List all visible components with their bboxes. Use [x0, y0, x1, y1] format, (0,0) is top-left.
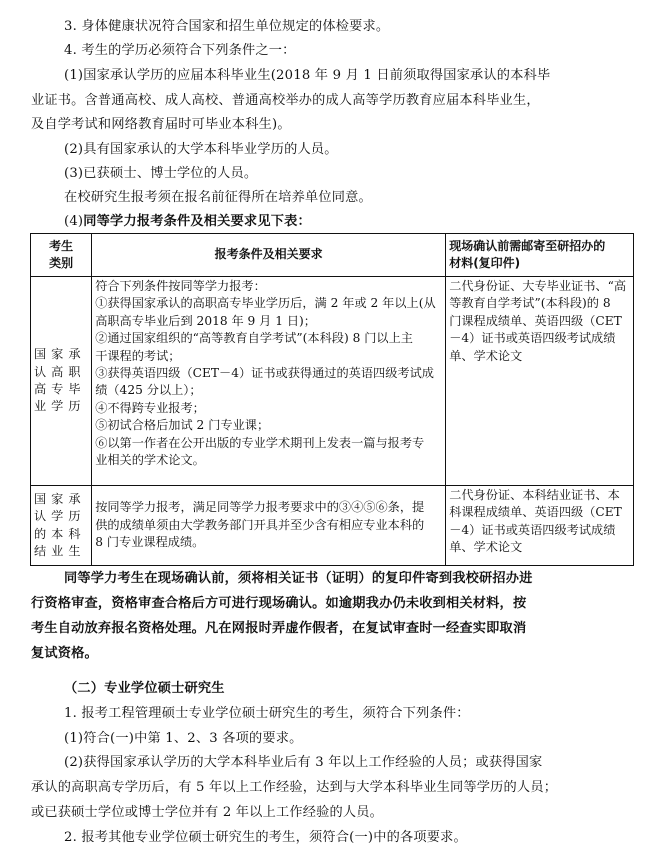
table-header-row: 考生 类别 报考条件及相关要求 现场确认前需邮寄至研招办的 材料(复印件)	[31, 234, 634, 277]
section-2-item-2: 2. 报考其他专业学位硕士研究生的考生，须符合(一)中的各项要求。	[64, 829, 467, 847]
condition-1-line-2: 业证书。含普通高校、成人高校、普通高校举办的成人高等学历教育应届本科毕业生，	[31, 92, 540, 110]
condition-1-line-1: (1)国家承认学历的应届本科毕业生(2018 年 9 月 1 日前须取得国家承认…	[64, 67, 550, 85]
header-requirements: 报考条件及相关要求	[92, 234, 446, 277]
notice-line-2: 行资格审查，资格审查合格后方可进行现场确认。如逾期我办仍未收到相关材料，按	[31, 595, 526, 613]
category-cell: 国家承 认高职 高专毕 业学历	[31, 277, 92, 486]
notice-line-3: 考生自动放弃报名资格处理。凡在网报时弄虚作假者，在复试审查时一经查实即取消	[31, 620, 526, 638]
table-row: 国家承 认高职 高专毕 业学历 符合下列条件按同等学力报考： ①获得国家承认的高…	[31, 277, 634, 486]
equivalent-qualification-table: 考生 类别 报考条件及相关要求 现场确认前需邮寄至研招办的 材料(复印件) 国家…	[30, 233, 634, 566]
condition-3: (3)已获硕士、博士学位的人员。	[64, 165, 257, 183]
requirements-cell: 按同等学力报考，满足同等学力报考要求中的③④⑤⑥条，提 供的成绩单须由大学教务部…	[92, 486, 446, 566]
header-candidate-category: 考生 类别	[31, 234, 92, 277]
section-2-condition-2-line-3: 或已获硕士学位或博士学位并有 2 年以上工作经验的人员。	[31, 804, 383, 822]
condition-1-line-3: 及自学考试和网络教育届时可毕业本科生)。	[31, 116, 291, 134]
category-cell: 国家承 认学历 的本科 结业生	[31, 486, 92, 566]
section-2-heading: （二）专业学位硕士研究生	[64, 680, 225, 698]
notice-line-4: 复试资格。	[31, 645, 98, 663]
materials-cell: 二代身份证、大专毕业证书、“高 等教育自学考试”(本科段)的 8 门课程成绩单、…	[446, 277, 634, 486]
enrolled-student-note: 在校研究生报考须在报名前征得所在培养单位同意。	[64, 189, 372, 207]
condition-4-prefix: (4)	[64, 214, 83, 229]
requirement-item-4: 4. 考生的学历必须符合下列条件之一：	[64, 42, 296, 60]
condition-4-title: 同等学力报考条件及相关要求见下表：	[83, 214, 311, 229]
section-2-item-1: 1. 报考工程管理硕士专业学位硕士研究生的考生，须符合下列条件：	[64, 705, 470, 723]
materials-cell: 二代身份证、本科结业证书、本 科课程成绩单、英语四级（CET －4）证书或英语四…	[446, 486, 634, 566]
header-materials: 现场确认前需邮寄至研招办的 材料(复印件)	[446, 234, 634, 277]
requirements-cell: 符合下列条件按同等学力报考： ①获得国家承认的高职高专毕业学历后，满 2 年或 …	[92, 277, 446, 486]
table-row: 国家承 认学历 的本科 结业生 按同等学力报考，满足同等学力报考要求中的③④⑤⑥…	[31, 486, 634, 566]
condition-2: (2)具有国家承认的大学本科毕业学历的人员。	[64, 141, 338, 159]
notice-line-1: 同等学力考生在现场确认前，须将相关证书（证明）的复印件寄到我校研招办进	[64, 570, 533, 588]
requirement-item-3: 3. 身体健康状况符合国家和招生单位规定的体检要求。	[64, 18, 389, 36]
section-2-condition-1: (1)符合(一)中第 1、2、3 各项的要求。	[64, 730, 303, 748]
condition-4-heading: (4)同等学力报考条件及相关要求见下表：	[64, 213, 311, 231]
section-2-condition-2-line-1: (2)获得国家承认学历的大学本科毕业后有 3 年以上工作经验的人员；或获得国家	[64, 754, 542, 772]
section-2-condition-2-line-2: 承认的高职高专学历后，有 5 年以上工作经验，达到与大学本科毕业生同等学历的人员…	[31, 779, 557, 797]
